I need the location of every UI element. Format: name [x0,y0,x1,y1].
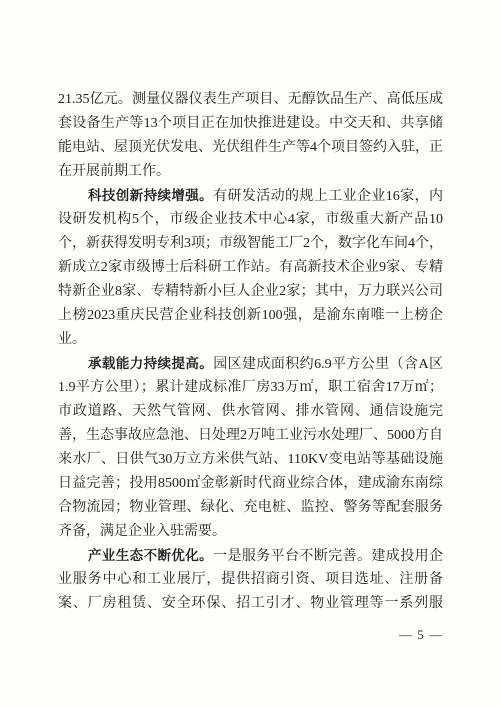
text-line: 业。 [58,328,443,352]
text-line: 日益完善；投用8500㎡金彰新时代商业综合体，建成渝东南综 [58,472,443,496]
text-run: 合物流园；物业管理、绿化、充电桩、监控、警务等配套服务 [58,500,443,515]
text-line: 承载能力持续提高。园区建成面积约6.9平方公里（含A区 [58,352,443,376]
text-line: 产业生态不断优化。一是服务平台不断完善。建成投用企 [58,544,443,568]
text-run: 一是服务平台不断完善。建成投用企 [213,549,443,564]
text-line: 上榜2023重庆民营企业科技创新100强，是渝东南唯一上榜企 [58,304,443,328]
paragraph: 21.35亿元。测量仪器仪表生产项目、无醇饮品生产、高低压成套设备生产等13个项… [58,88,443,184]
text-line: 市政道路、天然气管网、供水管网、排水管网、通信设施完 [58,400,443,424]
paragraph: 承载能力持续提高。园区建成面积约6.9平方公里（含A区1.9平方公里）；累计建成… [58,352,443,544]
text-run: 业。 [58,332,86,347]
text-line: 在开展前期工作。 [58,160,443,184]
document-text: 21.35亿元。测量仪器仪表生产项目、无醇饮品生产、高低压成套设备生产等13个项… [58,88,443,616]
text-line: 案、厂房租赁、安全环保、招工引才、物业管理等一系列服 [58,592,443,616]
text-run: 特新企业8家、专精特新小巨人企业2家；其中，万力联兴公司 [58,284,443,299]
page-number: — 5 — [399,627,443,643]
text-run: 案、厂房租赁、安全环保、招工引才、物业管理等一系列服 [58,596,443,611]
text-run: 个，新获得发明专利3项；市级智能工厂2个，数字化车间4个， [58,236,443,251]
text-run: 21.35亿元。测量仪器仪表生产项目、无醇饮品生产、高低压成 [58,92,443,107]
text-line: 个，新获得发明专利3项；市级智能工厂2个，数字化车间4个， [58,232,443,256]
text-run: 在开展前期工作。 [58,164,170,179]
text-line: 设研发机构5个，市级企业技术中心4家，市级重大新产品10 [58,208,443,232]
paragraph: 科技创新持续增强。有研发活动的规上工业企业16家，内设研发机构5个，市级企业技术… [58,184,443,352]
text-run: 市政道路、天然气管网、供水管网、排水管网、通信设施完 [58,404,443,419]
document-page: 21.35亿元。测量仪器仪表生产项目、无醇饮品生产、高低压成套设备生产等13个项… [0,0,500,707]
text-line: 来水厂、日供气30万立方米供气站、110KV变电站等基础设施 [58,448,443,472]
text-run: 上榜2023重庆民营企业科技创新100强，是渝东南唯一上榜企 [58,308,443,323]
text-run: 善，生态事故应急池、日处理2万吨工业污水处理厂、5000方自 [58,428,443,443]
text-line: 合物流园；物业管理、绿化、充电桩、监控、警务等配套服务 [58,496,443,520]
text-line: 业服务中心和工业展厅，提供招商引资、项目选址、注册备 [58,568,443,592]
text-run: 1.9平方公里）；累计建成标准厂房33万㎡，职工宿舍17万㎡； [58,380,443,395]
text-line: 能电站、屋顶光伏发电、光伏组件生产等4个项目签约入驻，正 [58,136,443,160]
text-line: 套设备生产等13个项目正在加快推进建设。中交天和、共享储 [58,112,443,136]
text-run: 新成立2家市级博士后科研工作站。有高新技术企业9家、专精 [58,260,443,275]
text-line: 21.35亿元。测量仪器仪表生产项目、无醇饮品生产、高低压成 [58,88,443,112]
text-line: 齐备，满足企业入驻需要。 [58,520,443,544]
paragraph-heading: 科技创新持续增强。 [88,188,213,203]
text-run: 齐备，满足企业入驻需要。 [58,524,226,539]
text-run: 有研发活动的规上工业企业16家，内 [213,189,443,204]
paragraph: 产业生态不断优化。一是服务平台不断完善。建成投用企业服务中心和工业展厅，提供招商… [58,544,443,616]
text-run: 设研发机构5个，市级企业技术中心4家，市级重大新产品10 [58,212,443,227]
text-line: 科技创新持续增强。有研发活动的规上工业企业16家，内 [58,184,443,208]
text-line: 特新企业8家、专精特新小巨人企业2家；其中，万力联兴公司 [58,280,443,304]
paragraph-heading: 承载能力持续提高。 [88,356,213,371]
text-run: 园区建成面积约6.9平方公里（含A区 [213,357,443,372]
text-run: 能电站、屋顶光伏发电、光伏组件生产等4个项目签约入驻，正 [58,140,443,155]
text-run: 套设备生产等13个项目正在加快推进建设。中交天和、共享储 [58,116,443,131]
text-line: 新成立2家市级博士后科研工作站。有高新技术企业9家、专精 [58,256,443,280]
paragraph-heading: 产业生态不断优化。 [88,548,213,563]
text-run: 来水厂、日供气30万立方米供气站、110KV变电站等基础设施 [58,452,443,467]
text-run: 业服务中心和工业展厅，提供招商引资、项目选址、注册备 [58,572,443,587]
text-run: 日益完善；投用8500㎡金彰新时代商业综合体，建成渝东南综 [58,476,443,491]
text-line: 1.9平方公里）；累计建成标准厂房33万㎡，职工宿舍17万㎡； [58,376,443,400]
text-line: 善，生态事故应急池、日处理2万吨工业污水处理厂、5000方自 [58,424,443,448]
